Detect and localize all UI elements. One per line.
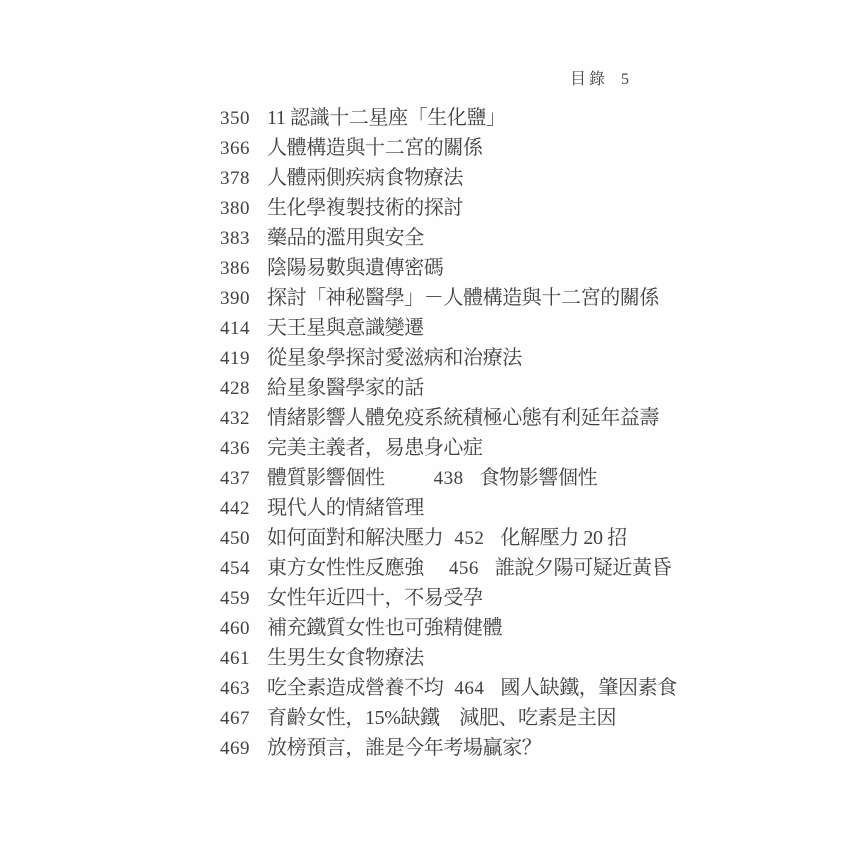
book-toc-page: 目錄 5 350 11 認識十二星座「生化鹽」 366 人體構造與十二宮的關係 … [0, 0, 850, 850]
toc-entry-page-number: 437 [220, 464, 262, 494]
toc-row: 380 生化學複製技術的探討 [0, 193, 850, 223]
toc-row: 390 探討「神秘醫學」－人體構造與十二宮的關係 [0, 283, 850, 313]
toc-entry-page-number: 366 [220, 134, 262, 164]
toc-row: 469 放榜預言，誰是今年考場贏家？ [0, 733, 850, 763]
toc-entry-page-number: 442 [220, 494, 262, 524]
toc-row: 467 育齡女性，15%缺鐵 減肥、吃素是主因 [0, 703, 850, 733]
toc-row: 442 現代人的情緒管理 [0, 493, 850, 523]
toc-entry-title: 探討「神秘醫學」－人體構造與十二宮的關係 [267, 287, 659, 309]
toc-row: 419 從星象學探討愛滋病和治療法 [0, 343, 850, 373]
toc-row: 383 藥品的濫用與安全 [0, 223, 850, 253]
toc-entry-title: 藥品的濫用與安全 [267, 227, 424, 249]
toc-row: 450 如何面對和解決壓力 452 化解壓力 20 招 [0, 523, 850, 553]
toc-entry-page-number: 467 [220, 704, 262, 734]
toc-row: 378 人體兩側疾病食物療法 [0, 163, 850, 193]
toc-entry-title: 東方女性性反應強 [267, 557, 424, 579]
toc-entry-title: 天王星與意識變遷 [267, 317, 424, 339]
toc-entry-page-number-secondary: 452 [454, 528, 484, 549]
toc-row: 461 生男生女食物療法 [0, 643, 850, 673]
toc-entry-title: 11 認識十二星座「生化鹽」 [267, 107, 506, 129]
running-head-page-number: 5 [621, 71, 629, 89]
toc-entry-page-number: 380 [220, 194, 262, 224]
toc-entry-page-number: 350 [220, 104, 262, 134]
toc-entry-page-number: 428 [220, 374, 262, 404]
toc-entry-page-number: 378 [220, 164, 262, 194]
toc-entry-page-number: 450 [220, 524, 262, 554]
toc-entry-title-secondary: 化解壓力 20 招 [500, 527, 626, 549]
toc-row: 350 11 認識十二星座「生化鹽」 [0, 103, 850, 133]
toc-entry-title-secondary: 誰說夕陽可疑近黃昏 [495, 557, 671, 579]
toc-entry-title: 給星象醫學家的話 [267, 377, 424, 399]
toc-entry-page-number: 414 [220, 314, 262, 344]
running-head-title: 目錄 [570, 66, 608, 89]
toc-entry-page-number-secondary: 456 [449, 558, 479, 579]
toc-row: 454 東方女性性反應強 456 誰說夕陽可疑近黃昏 [0, 553, 850, 583]
toc-entry-title: 現代人的情緒管理 [267, 497, 424, 519]
toc-entry-title: 體質影響個性 [267, 467, 385, 489]
toc-entry-title: 人體兩側疾病食物療法 [267, 167, 463, 189]
toc-entry-page-number: 454 [220, 554, 262, 584]
toc-entry-title-secondary: 國人缺鐵，肇因素食 [500, 677, 676, 699]
toc-entry-title: 從星象學探討愛滋病和治療法 [267, 347, 522, 369]
toc-entry-title: 生男生女食物療法 [267, 647, 424, 669]
toc-entry-page-number: 463 [220, 674, 262, 704]
toc-entry-title-secondary: 食物影響個性 [480, 467, 598, 489]
toc-entry-title: 情緒影響人體免疫系統積極心態有利延年益壽 [267, 407, 659, 429]
toc-entry-title: 女性年近四十，不易受孕 [267, 587, 483, 609]
toc-entry-title: 人體構造與十二宮的關係 [267, 137, 483, 159]
toc-row: 436 完美主義者，易患身心症 [0, 433, 850, 463]
toc-list: 350 11 認識十二星座「生化鹽」 366 人體構造與十二宮的關係 378 人… [0, 103, 850, 763]
toc-entry-page-number: 469 [220, 734, 262, 764]
toc-entry-page-number: 460 [220, 614, 262, 644]
toc-entry-title: 吃全素造成營養不均 [267, 677, 443, 699]
toc-entry-title: 放榜預言，誰是今年考場贏家？ [267, 737, 541, 759]
toc-entry-page-number: 383 [220, 224, 262, 254]
toc-row: 432 情緒影響人體免疫系統積極心態有利延年益壽 [0, 403, 850, 433]
toc-entry-title: 如何面對和解決壓力 [267, 527, 443, 549]
toc-entry-page-number: 459 [220, 584, 262, 614]
toc-entry-page-number: 461 [220, 644, 262, 674]
toc-entry-title: 完美主義者，易患身心症 [267, 437, 483, 459]
running-head: 目錄 5 [570, 66, 629, 89]
toc-entry-page-number: 386 [220, 254, 262, 284]
toc-entry-page-number: 419 [220, 344, 262, 374]
toc-row: 460 補充鐵質女性也可強精健體 [0, 613, 850, 643]
toc-row: 428 給星象醫學家的話 [0, 373, 850, 403]
toc-entry-title: 育齡女性，15%缺鐵 減肥、吃素是主因 [267, 707, 616, 729]
toc-row: 386 陰陽易數與遺傳密碼 [0, 253, 850, 283]
toc-row: 366 人體構造與十二宮的關係 [0, 133, 850, 163]
toc-entry-title: 生化學複製技術的探討 [267, 197, 463, 219]
toc-row: 463 吃全素造成營養不均 464 國人缺鐵，肇因素食 [0, 673, 850, 703]
toc-row: 414 天王星與意識變遷 [0, 313, 850, 343]
toc-entry-title: 補充鐵質女性也可強精健體 [267, 617, 502, 639]
toc-entry-title: 陰陽易數與遺傳密碼 [267, 257, 443, 279]
toc-entry-page-number-secondary: 464 [454, 678, 484, 699]
toc-row: 437 體質影響個性 438 食物影響個性 [0, 463, 850, 493]
toc-entry-page-number: 390 [220, 284, 262, 314]
toc-entry-page-number: 436 [220, 434, 262, 464]
toc-row: 459 女性年近四十，不易受孕 [0, 583, 850, 613]
toc-entry-page-number-secondary: 438 [434, 468, 464, 489]
toc-entry-page-number: 432 [220, 404, 262, 434]
